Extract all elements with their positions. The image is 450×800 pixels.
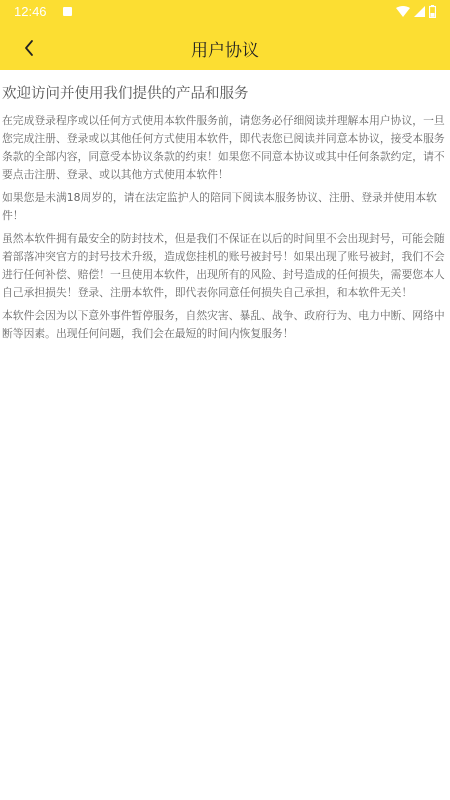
agreement-content: 欢迎访问并使用我们提供的产品和服务 在完成登录程序或以任何方式使用本软件服务前，… (0, 70, 450, 348)
app-bar: 用户协议 (0, 25, 450, 70)
agreement-paragraph: 在完成登录程序或以任何方式使用本软件服务前，请您务必仔细阅读并理解本用户协议，一… (2, 112, 448, 184)
agreement-heading: 欢迎访问并使用我们提供的产品和服务 (2, 84, 448, 104)
status-bar: 12:46 (0, 0, 450, 25)
agreement-paragraph: 本软件会因为以下意外事件暂停服务，自然灾害、暴乱、战争、政府行为、电力中断、网络… (2, 307, 448, 343)
status-time: 12:46 (14, 4, 47, 19)
battery-icon (429, 5, 436, 18)
signal-icon (414, 6, 425, 17)
wifi-icon (396, 6, 410, 18)
agreement-paragraph: 虽然本软件拥有最安全的防封技术，但是我们不保证在以后的时间里不会出现封号，可能会… (2, 230, 448, 302)
status-icons (396, 5, 436, 18)
page-title: 用户协议 (0, 36, 450, 61)
notification-icon (63, 7, 72, 16)
agreement-paragraph: 如果您是未满18周岁的，请在法定监护人的陪同下阅读本服务协议、注册、登录并使用本… (2, 189, 448, 225)
